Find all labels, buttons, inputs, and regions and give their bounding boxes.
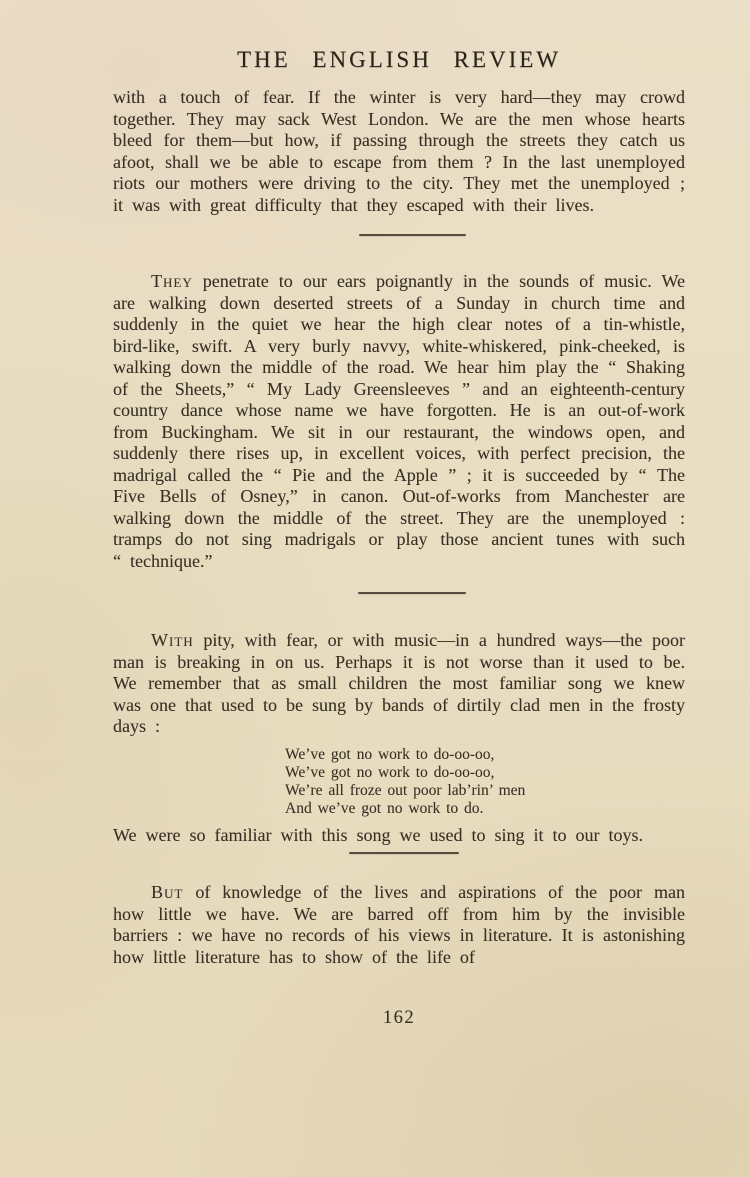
paragraph-knowledge-of-poor: But of knowledge of the lives and aspira… bbox=[113, 882, 685, 968]
page-number: 162 bbox=[113, 1008, 685, 1029]
verse-line-4: And we’ve got no work to do. bbox=[285, 800, 685, 818]
paragraph-knowledge-of-poor-text: of knowledge of the lives and aspiration… bbox=[113, 882, 685, 967]
section-divider-3 bbox=[349, 852, 459, 854]
paragraph-pity-and-fear: With pity, with fear, or with music—in a… bbox=[113, 630, 685, 738]
verse-line-3: We’re all froze out poor lab’rin’ men bbox=[285, 782, 685, 800]
paragraph-sing-to-toys: We were so familiar with this song we us… bbox=[113, 825, 685, 847]
section-divider-1 bbox=[359, 234, 466, 236]
verse-line-1: We’ve got no work to do-oo-oo, bbox=[285, 746, 685, 764]
paragraph-fear-continuation: with a touch of fear. If the winter is v… bbox=[113, 87, 685, 216]
paragraph-pity-and-fear-text: pity, with fear, or with music—in a hund… bbox=[113, 630, 685, 736]
scanned-book-page: { "page": { "title": "THE ENGLISH REVIEW… bbox=[0, 0, 750, 1177]
section-divider-2 bbox=[358, 592, 466, 594]
smallcaps-lead-but: But bbox=[151, 882, 183, 902]
smallcaps-lead-with: With bbox=[151, 630, 194, 650]
page-title: THE ENGLISH REVIEW bbox=[113, 46, 685, 74]
verse-line-2: We’ve got no work to do-oo-oo, bbox=[285, 764, 685, 782]
paragraph-street-music: They penetrate to our ears poignantly in… bbox=[113, 271, 685, 572]
song-verse: We’ve got no work to do-oo-oo, We’ve got… bbox=[285, 746, 685, 818]
paragraph-street-music-text: penetrate to our ears poignantly in the … bbox=[113, 271, 685, 571]
text-column: THE ENGLISH REVIEW with a touch of fear.… bbox=[113, 0, 685, 968]
smallcaps-lead-they: They bbox=[151, 271, 193, 291]
